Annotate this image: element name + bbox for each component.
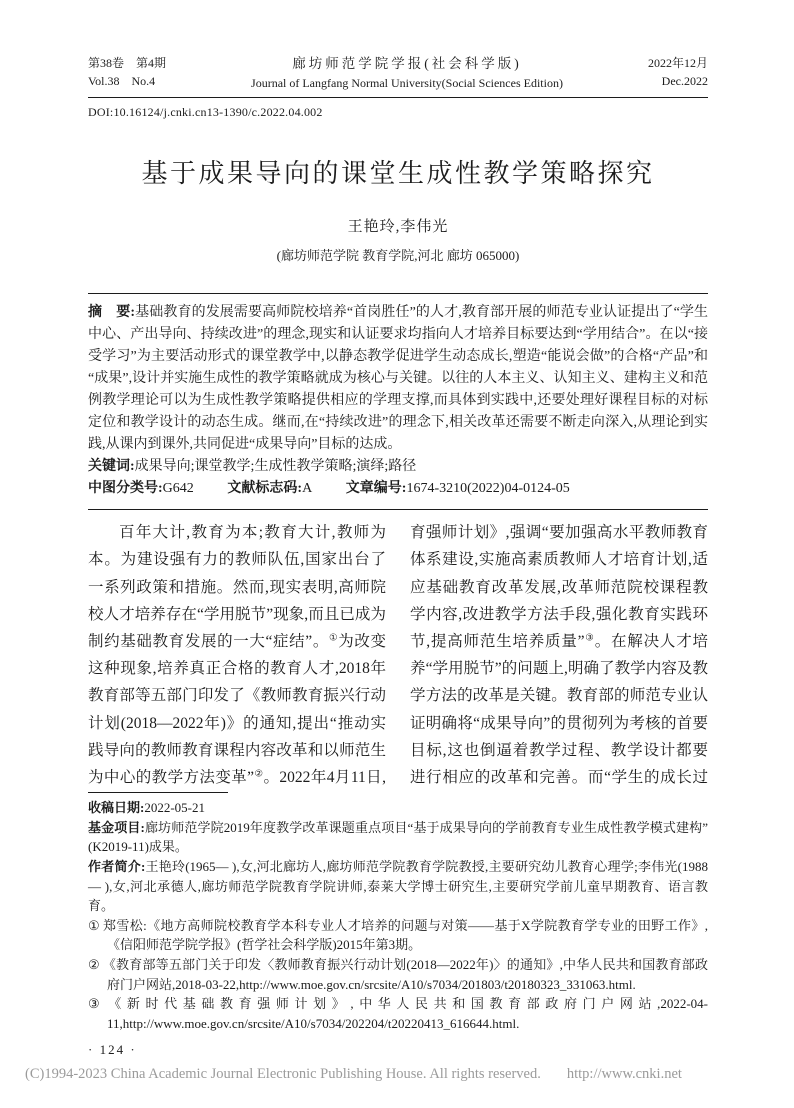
- abstract-paragraph: 摘 要:基础教育的发展需要高师院校培养“首岗胜任”的人才,教育部开展的师范专业认…: [88, 302, 708, 456]
- fund-text: 廊坊师范学院2019年度教学改革课题重点项目“基于成果导向的学前教育专业生成性教…: [88, 820, 708, 855]
- copyright-text: (C)1994-2023 China Academic Journal Elec…: [25, 1066, 541, 1082]
- journal-name-en: Journal of Langfang Normal University(So…: [166, 74, 648, 92]
- footnote-1-text: 郑雪松:《地方高师院校教育学本科专业人才培养的问题与对策——基于X学院教育学专业…: [103, 918, 708, 953]
- received-label: 收稿日期:: [88, 800, 144, 815]
- body-column-right: 育强师计划》,强调“要加强高水平教师教育体系建设,实施高素质教师人才培育计划,适…: [410, 519, 708, 792]
- articleid-label: 文章编号:: [346, 481, 407, 496]
- clc-label: 中图分类号:: [88, 481, 163, 496]
- page-number: · 124 ·: [88, 1042, 708, 1058]
- header-journal-block: 廊坊师范学院学报(社会科学版) Journal of Langfang Norm…: [166, 54, 648, 92]
- footnote-3: ③《新时代基础教育强师计划》,中华人民共和国教育部政府门户网站,2022-04-…: [88, 994, 708, 1033]
- date-cn: 2022年12月: [648, 54, 708, 72]
- clc-group: 中图分类号:G642: [88, 481, 194, 496]
- footnote-1: ①郑雪松:《地方高师院校教育学本科专业人才培养的问题与对策——基于X学院教育学专…: [88, 916, 708, 955]
- abstract-label: 摘 要:: [88, 305, 135, 320]
- abstract-text: 基础教育的发展需要高师院校培养“首岗胜任”的人才,教育部开展的师范专业认证提出了…: [88, 305, 708, 452]
- bio-text: 王艳玲(1965— ),女,河北廊坊人,廊坊师范学院教育学院教授,主要研究幼儿教…: [88, 859, 708, 913]
- keywords-line: 关键词:成果导向;课堂教学;生成性教学策略;演绎;路径: [88, 456, 708, 478]
- journal-header: 第38卷 第4期 Vol.38 No.4 廊坊师范学院学报(社会科学版) Jou…: [88, 54, 708, 92]
- abstract-block: 摘 要:基础教育的发展需要高师院校培养“首岗胜任”的人才,教育部开展的师范专业认…: [88, 293, 708, 510]
- clc-value: G642: [163, 481, 194, 496]
- doccode-label: 文献标志码:: [227, 481, 302, 496]
- articleid-group: 文章编号:1674-3210(2022)04-0124-05: [346, 481, 570, 496]
- journal-name-cn: 廊坊师范学院学报(社会科学版): [166, 54, 648, 74]
- copyright-bar: (C)1994-2023 China Academic Journal Elec…: [25, 1066, 682, 1083]
- articleid-value: 1674-3210(2022)04-0124-05: [406, 481, 569, 496]
- footnote-3-text: 《新时代基础教育强师计划》,中华人民共和国教育部政府门户网站,2022-04-1…: [107, 996, 708, 1031]
- date-en: Dec.2022: [648, 72, 708, 90]
- bio-label: 作者简介:: [88, 859, 145, 874]
- issue-cn: 第38卷 第4期: [88, 54, 166, 72]
- journal-page: 第38卷 第4期 Vol.38 No.4 廊坊师范学院学报(社会科学版) Jou…: [0, 0, 794, 1108]
- article-authors: 王艳玲,李伟光: [88, 215, 708, 236]
- article-affiliation: (廊坊师范学院 教育学院,河北 廊坊 065000): [88, 245, 708, 264]
- body-columns: 百年大计,教育为本;教育大计,教师为本。为建设强有力的教师队伍,国家出台了一系列…: [88, 519, 708, 792]
- footnote-3-marker: ③: [88, 996, 105, 1011]
- body-column-left: 百年大计,教育为本;教育大计,教师为本。为建设强有力的教师队伍,国家出台了一系列…: [88, 519, 386, 792]
- article-title: 基于成果导向的课堂生成性教学策略探究: [88, 153, 708, 190]
- doccode-group: 文献标志码:A: [227, 481, 312, 496]
- doi-line: DOI:10.16124/j.cnki.cn13-1390/c.2022.04.…: [88, 105, 708, 120]
- fund-line: 基金项目:廊坊师范学院2019年度教学改革课题重点项目“基于成果导向的学前教育专…: [88, 818, 708, 857]
- footnote-separator: [88, 792, 228, 793]
- keywords-label: 关键词:: [88, 459, 135, 474]
- author-bio-line: 作者简介:王艳玲(1965— ),女,河北廊坊人,廊坊师范学院教育学院教授,主要…: [88, 857, 708, 916]
- cnki-url: http://www.cnki.net: [567, 1066, 682, 1082]
- keywords-text: 成果导向;课堂教学;生成性教学策略;演绎;路径: [135, 459, 417, 474]
- classification-line: 中图分类号:G642文献标志码:A文章编号:1674-3210(2022)04-…: [88, 478, 708, 500]
- header-issue-block: 第38卷 第4期 Vol.38 No.4: [88, 54, 166, 90]
- header-date-block: 2022年12月 Dec.2022: [648, 54, 708, 90]
- footnote-2-text: 《教育部等五部门关于印发〈教师教育振兴行动计划(2018—2022年)〉的通知》…: [103, 957, 708, 992]
- received-date-line: 收稿日期:2022-05-21: [88, 798, 708, 818]
- page-content: 第38卷 第4期 Vol.38 No.4 廊坊师范学院学报(社会科学版) Jou…: [0, 0, 794, 1058]
- notes-block: 收稿日期:2022-05-21 基金项目:廊坊师范学院2019年度教学改革课题重…: [88, 798, 708, 1033]
- received-value: 2022-05-21: [144, 800, 205, 815]
- header-rule: [88, 97, 708, 98]
- issue-en: Vol.38 No.4: [88, 72, 166, 90]
- doccode-value: A: [302, 481, 312, 496]
- footnote-2: ②《教育部等五部门关于印发〈教师教育振兴行动计划(2018—2022年)〉的通知…: [88, 955, 708, 994]
- footnote-1-marker: ①: [88, 918, 100, 933]
- fund-label: 基金项目:: [88, 820, 145, 835]
- footnote-2-marker: ②: [88, 957, 100, 972]
